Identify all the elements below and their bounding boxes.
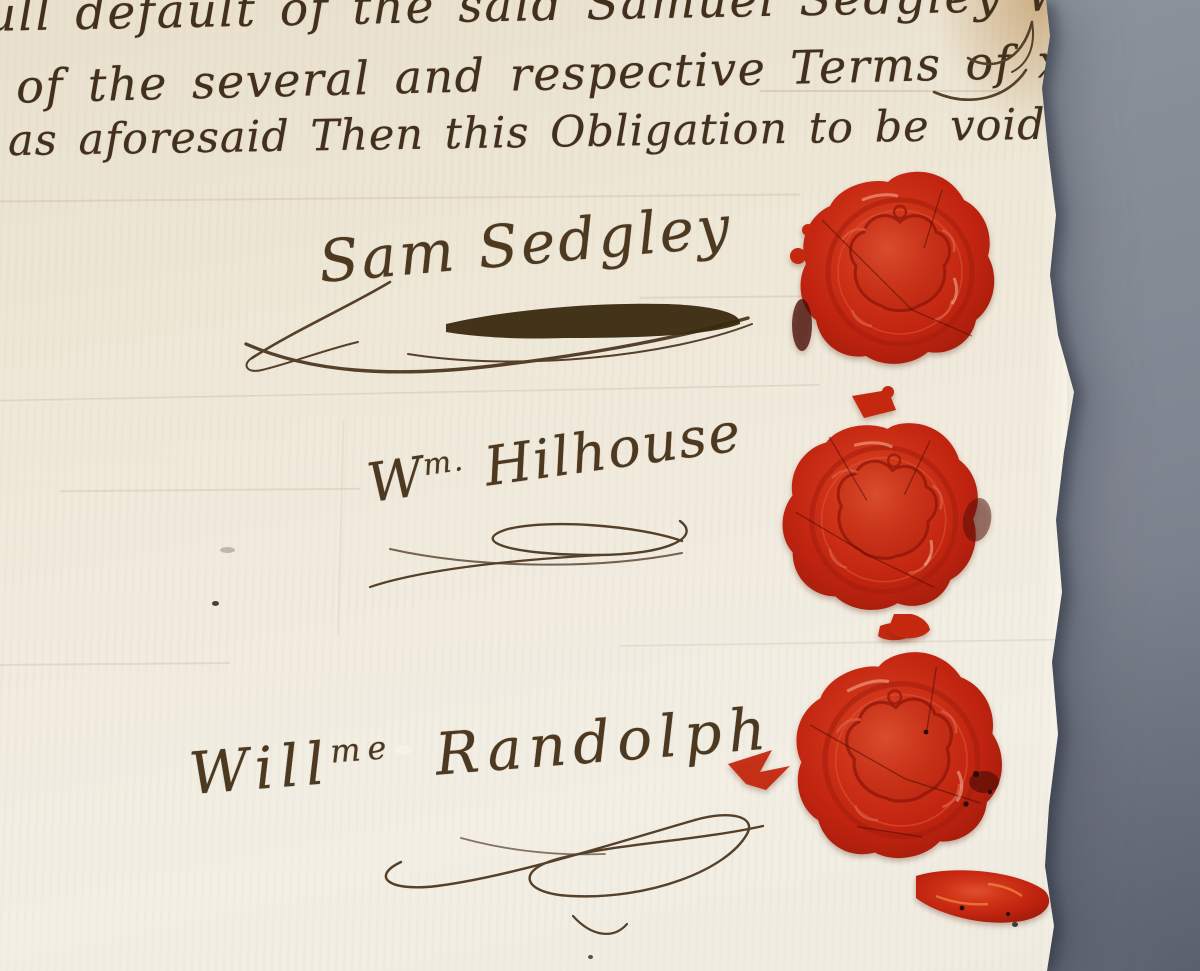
signature-superscript: me: [329, 728, 395, 771]
guide-line: [0, 662, 230, 666]
document-paper: ull default of the said Samuel Sedgley W…: [0, 0, 1085, 971]
photograph-of-manuscript: ull default of the said Samuel Sedgley W…: [0, 0, 1200, 971]
signature-text: Randolph: [391, 694, 775, 792]
signature-text: Hilhouse: [461, 400, 746, 501]
signature-flourish-and-ink-smear: [240, 280, 760, 390]
wax-seal-1: [782, 146, 1022, 408]
wax-seal-2: [760, 390, 1015, 648]
pen-flourish: [930, 62, 1030, 114]
paper-shadow-wrap: ull default of the said Samuel Sedgley W…: [0, 0, 1200, 971]
wax-seal-3: [726, 614, 1060, 959]
signature-text: Sedgley: [475, 192, 735, 282]
signature-superscript: m.: [421, 443, 467, 483]
paper-chip: [395, 745, 412, 755]
ink-speck: [588, 955, 593, 959]
signature-flourish: [350, 515, 720, 605]
signature-flourish: [365, 798, 785, 948]
fold-crease-vertical: [337, 420, 346, 635]
signature-text: Will: [187, 729, 334, 808]
ink-speck: [212, 601, 219, 606]
signature-willm-randolph: Willme Randolph: [187, 694, 775, 808]
signature-wm-hilhouse: Wm. Hilhouse: [363, 400, 746, 515]
ink-speck: [1012, 922, 1018, 927]
signature-text: W: [363, 445, 429, 515]
smudge: [220, 547, 235, 553]
guide-line: [60, 488, 360, 493]
